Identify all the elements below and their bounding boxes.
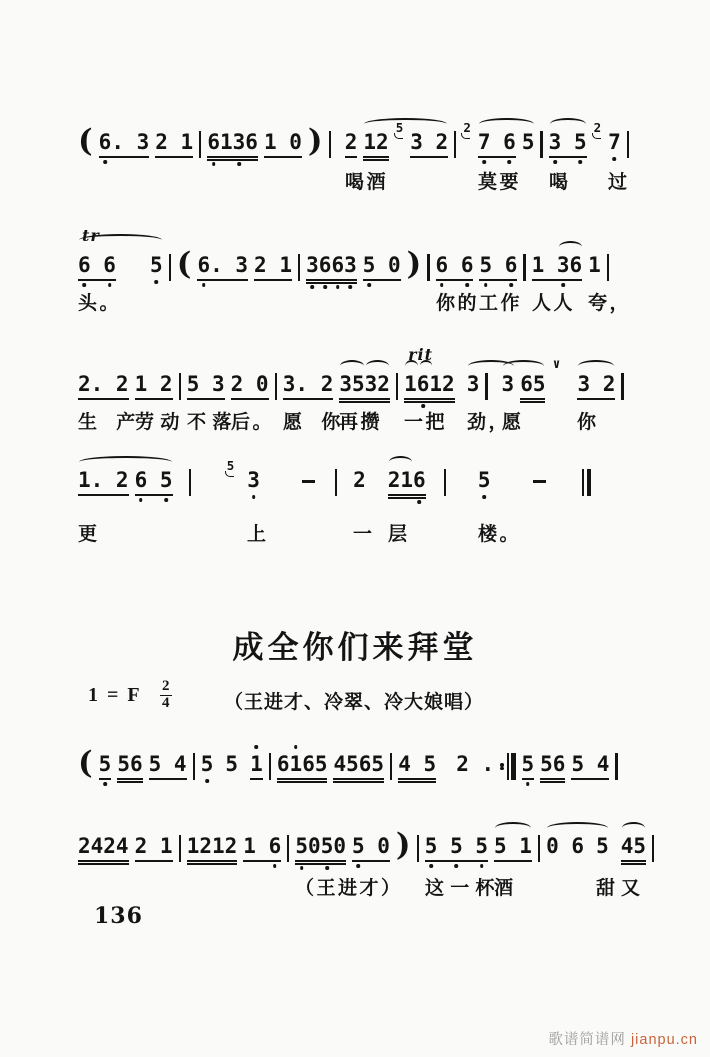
note-token: 4 5 xyxy=(398,752,436,780)
barline xyxy=(189,469,191,496)
octave-dot-low xyxy=(323,285,327,289)
lyric: 甜 xyxy=(596,878,618,901)
barline xyxy=(485,373,487,400)
note-token: 2 xyxy=(353,468,366,494)
barline xyxy=(298,254,300,281)
lyric: 更 xyxy=(78,524,100,547)
parenthesis: ( xyxy=(78,127,93,155)
time-signature-denominator: 4 xyxy=(160,695,172,712)
note-token: 3. 2 xyxy=(283,372,334,400)
lyric: 过 xyxy=(608,172,630,195)
lyric: 喝 xyxy=(549,172,571,195)
repeat-thick-bar xyxy=(511,753,516,780)
barline xyxy=(417,835,419,862)
lyric: 你的 xyxy=(436,293,479,316)
note-token: 2 1 xyxy=(135,834,173,862)
note-token: 5 xyxy=(99,752,112,780)
lyric: 一 xyxy=(450,878,472,901)
note-token: 3663 xyxy=(306,253,357,281)
octave-dot-low xyxy=(103,160,107,164)
barline xyxy=(179,373,181,400)
note-token: 12 xyxy=(363,130,388,158)
octave-dot-low xyxy=(455,864,459,868)
lyric: （王进才） xyxy=(295,878,403,901)
lyric: 一把 xyxy=(404,412,447,435)
note-token: 2 1 xyxy=(254,253,292,281)
time-signature-numerator: 2 xyxy=(162,679,170,695)
lyric: 夸， xyxy=(588,293,631,316)
note-token: 7 6 xyxy=(478,130,516,158)
note-token: 5 xyxy=(225,752,238,778)
lyric: 愿 xyxy=(283,412,305,435)
note-token: 6. 3 xyxy=(99,130,150,158)
score-page: (6. 32 161361 0)21253 227 653 527喝酒莫要喝过6… xyxy=(0,0,710,1057)
lyric: 再攒 xyxy=(339,412,382,435)
note-token: 5 3 xyxy=(187,372,225,400)
note-token: 6. 3 xyxy=(197,253,248,281)
octave-dot-low xyxy=(300,866,304,870)
barline xyxy=(396,373,398,400)
barline xyxy=(169,254,171,281)
slur-arc xyxy=(420,360,433,372)
note-token: 6 5 xyxy=(135,468,173,496)
music-line: 6 6tr5(6. 32 136635 0)6 65 61 361头。你的工作人… xyxy=(78,253,609,287)
octave-dot-low xyxy=(526,782,530,786)
note-token: 56 xyxy=(117,752,142,780)
note-token: 3 xyxy=(467,372,480,398)
octave-dot-high xyxy=(294,745,298,749)
slur-arc xyxy=(79,234,162,246)
slur-arc xyxy=(578,360,614,372)
page-number: 136 xyxy=(94,903,143,929)
lyric: 喝酒 xyxy=(345,172,388,195)
octave-dot-low xyxy=(139,498,143,502)
note-token: 2424 xyxy=(78,834,129,862)
slur-arc xyxy=(405,360,418,372)
barline xyxy=(275,373,277,400)
note-token: 2 . xyxy=(456,752,494,778)
lyric: 愿 xyxy=(502,412,524,435)
note-token: 5 xyxy=(596,834,609,860)
parenthesis: ( xyxy=(177,250,192,278)
parenthesis: ) xyxy=(396,831,411,859)
music-line: 1. 26 55322165更上一层楼。 xyxy=(78,468,591,502)
parenthesis: ) xyxy=(407,250,422,278)
lyric: 楼。 xyxy=(478,524,521,547)
barline xyxy=(627,131,629,158)
barline xyxy=(652,835,654,862)
note-token: 2 1 xyxy=(155,130,193,158)
note-token: 2 xyxy=(345,130,358,158)
note-token: 5 5 5 xyxy=(425,834,488,862)
note-token: 1612rit xyxy=(404,372,455,400)
lyric: 头。 xyxy=(78,293,121,316)
note-token: 56 xyxy=(540,752,565,780)
repeat-barline xyxy=(500,753,515,780)
octave-dot-high xyxy=(255,745,259,749)
octave-dot-low xyxy=(83,283,87,287)
watermark-url: jianpu.cn xyxy=(631,1032,698,1048)
note-token: 1. 2 xyxy=(78,468,129,496)
octave-dot-low xyxy=(508,160,512,164)
lyric: 工作 xyxy=(479,293,522,316)
octave-dot-low xyxy=(311,285,315,289)
lyric: 动 xyxy=(160,412,182,435)
barline xyxy=(444,469,446,496)
singers-note: （王进才、冷翠、冷大娘唱） xyxy=(224,687,484,714)
note-token: 216 xyxy=(388,468,426,496)
dash-note xyxy=(302,480,315,483)
note-token: 5 xyxy=(522,752,535,780)
final-barline xyxy=(582,469,591,496)
time-signature: 2 4 xyxy=(160,679,172,712)
lyric: 一 xyxy=(353,524,375,547)
note-token: 5 4 xyxy=(571,752,609,780)
slur-arc xyxy=(389,456,412,468)
note-token: 45 xyxy=(621,834,646,862)
note-token: 5 4 xyxy=(149,752,187,780)
breath-mark: ∨ xyxy=(551,357,561,372)
note-token: 3 2 xyxy=(577,372,615,400)
slur-arc xyxy=(479,118,534,130)
note-token: 2. 2 xyxy=(78,372,129,400)
octave-dot-low xyxy=(421,404,425,408)
slur-arc xyxy=(503,360,544,372)
music-line: (5565 4551616545654 52 .5565 4 xyxy=(78,752,618,786)
note-token: 6165 xyxy=(277,752,328,780)
parenthesis: ) xyxy=(308,127,323,155)
barline xyxy=(538,835,540,862)
note-token: 5 xyxy=(478,468,491,494)
octave-dot-low xyxy=(252,495,256,499)
octave-dot-low xyxy=(367,283,371,287)
lyric: 生 xyxy=(78,412,100,435)
slur-arc xyxy=(366,360,390,372)
octave-dot-low xyxy=(154,280,158,284)
barline xyxy=(287,835,289,862)
octave-dot-low xyxy=(429,864,433,868)
note-token: 2 0 xyxy=(231,372,269,400)
lyric: 酒 xyxy=(494,878,516,901)
note-token: 65 xyxy=(520,372,545,400)
lyric: 不 xyxy=(187,412,209,435)
note-token: 3532 xyxy=(339,372,390,400)
octave-dot-low xyxy=(103,782,107,786)
note-token: 5 1 xyxy=(494,834,532,862)
barline xyxy=(199,131,201,158)
note-token: 3 xyxy=(502,372,515,398)
octave-dot-low xyxy=(336,285,340,289)
lyric: 莫要 xyxy=(478,172,521,195)
note-token: 5 6 xyxy=(479,253,517,281)
slur-arc xyxy=(559,241,583,253)
note-token: 4565 xyxy=(333,752,384,780)
barline xyxy=(615,753,617,780)
octave-dot-low xyxy=(553,160,557,164)
barline xyxy=(179,835,181,862)
repeat-dots xyxy=(500,763,504,770)
note-token: 3 xyxy=(247,468,260,494)
octave-dot-low xyxy=(273,864,277,868)
octave-dot-low xyxy=(108,283,112,287)
note-token: 1212 xyxy=(187,834,238,862)
lyric: 又 xyxy=(621,878,643,901)
barline xyxy=(621,373,623,400)
barline xyxy=(523,254,525,281)
slur-arc xyxy=(79,456,172,468)
note-token: 3 2 xyxy=(410,130,448,158)
octave-dot-low xyxy=(357,864,361,868)
barline xyxy=(427,254,429,281)
octave-dot-low xyxy=(484,283,488,287)
slur-arc xyxy=(495,822,531,834)
note-token: 5050 xyxy=(295,834,346,862)
lyric: 上 xyxy=(247,524,269,547)
octave-dot-low xyxy=(418,500,422,504)
lyric: 劳 xyxy=(135,412,157,435)
note-token: 1 6 xyxy=(243,834,281,862)
slur-arc xyxy=(364,118,447,130)
barline xyxy=(329,131,331,158)
note-token: 5 xyxy=(150,253,163,279)
octave-dot-low xyxy=(164,498,168,502)
slur-arc xyxy=(547,822,608,834)
barline xyxy=(390,753,392,780)
slur-arc xyxy=(550,118,586,130)
grace-note: 5 xyxy=(227,460,235,472)
note-token: 5 0 xyxy=(363,253,401,281)
barline xyxy=(335,469,337,496)
music-line: 24242 112121 650505 0)5 5 55 10 6545（王进才… xyxy=(78,834,654,868)
note-token: 6136 xyxy=(207,130,258,158)
octave-dot-low xyxy=(561,283,565,287)
slur-arc xyxy=(340,360,364,372)
octave-dot-low xyxy=(212,162,216,166)
octave-dot-low xyxy=(578,160,582,164)
note-token: 7 xyxy=(608,130,621,156)
grace-note: 2 xyxy=(463,122,471,134)
lyric: 你 xyxy=(577,412,599,435)
note-token: 5 xyxy=(201,752,214,778)
lyric: 层 xyxy=(388,524,410,547)
barline xyxy=(454,131,456,158)
music-line: (6. 32 161361 0)21253 227 653 527喝酒莫要喝过 xyxy=(78,130,629,164)
note-token: 5 0 xyxy=(352,834,390,862)
key-signature: 1 = F xyxy=(88,684,142,707)
octave-dot-low xyxy=(509,283,513,287)
note-token: 1 36 xyxy=(532,253,583,281)
octave-dot-low xyxy=(325,866,329,870)
lyric: 后。 xyxy=(231,412,274,435)
octave-dot-low xyxy=(613,157,617,161)
watermark: 歌谱简谱网 jianpu.cn xyxy=(548,1028,698,1049)
barline xyxy=(193,753,195,780)
parenthesis: ( xyxy=(78,749,93,777)
music-line: 2. 21 25 32 03. 235321612rit3365∨3 2生产劳动… xyxy=(78,372,624,406)
dash-note xyxy=(533,480,546,483)
lyric: 人人 xyxy=(532,293,575,316)
octave-dot-low xyxy=(440,283,444,287)
note-token: 0 6 xyxy=(546,834,584,860)
octave-dot-low xyxy=(482,495,486,499)
note-token: 1 xyxy=(250,752,263,780)
note-token: 1 0 xyxy=(264,130,302,158)
octave-dot-low xyxy=(205,779,209,783)
note-token: 6 6tr xyxy=(78,253,116,281)
note-token: 1 xyxy=(588,253,601,279)
octave-dot-low xyxy=(482,160,486,164)
barline xyxy=(540,131,542,158)
watermark-site-name: 歌谱简谱网 xyxy=(548,1032,631,1048)
octave-dot-low xyxy=(349,285,353,289)
note-token: 6 6 xyxy=(436,253,474,281)
octave-dot-low xyxy=(465,283,469,287)
slur-arc xyxy=(622,822,645,834)
barline xyxy=(607,254,609,281)
barline xyxy=(269,753,271,780)
note-token: 5 xyxy=(522,130,535,156)
song-title: 成全你们来拜堂 xyxy=(0,622,710,667)
lyric: 这 xyxy=(425,878,447,901)
note-token: 1 2 xyxy=(135,372,173,400)
repeat-thin-bar xyxy=(507,753,509,780)
note-token: 3 5 xyxy=(549,130,587,158)
octave-dot-low xyxy=(202,283,206,287)
octave-dot-low xyxy=(237,162,241,166)
octave-dot-low xyxy=(480,864,484,868)
grace-note: 2 xyxy=(594,122,602,134)
